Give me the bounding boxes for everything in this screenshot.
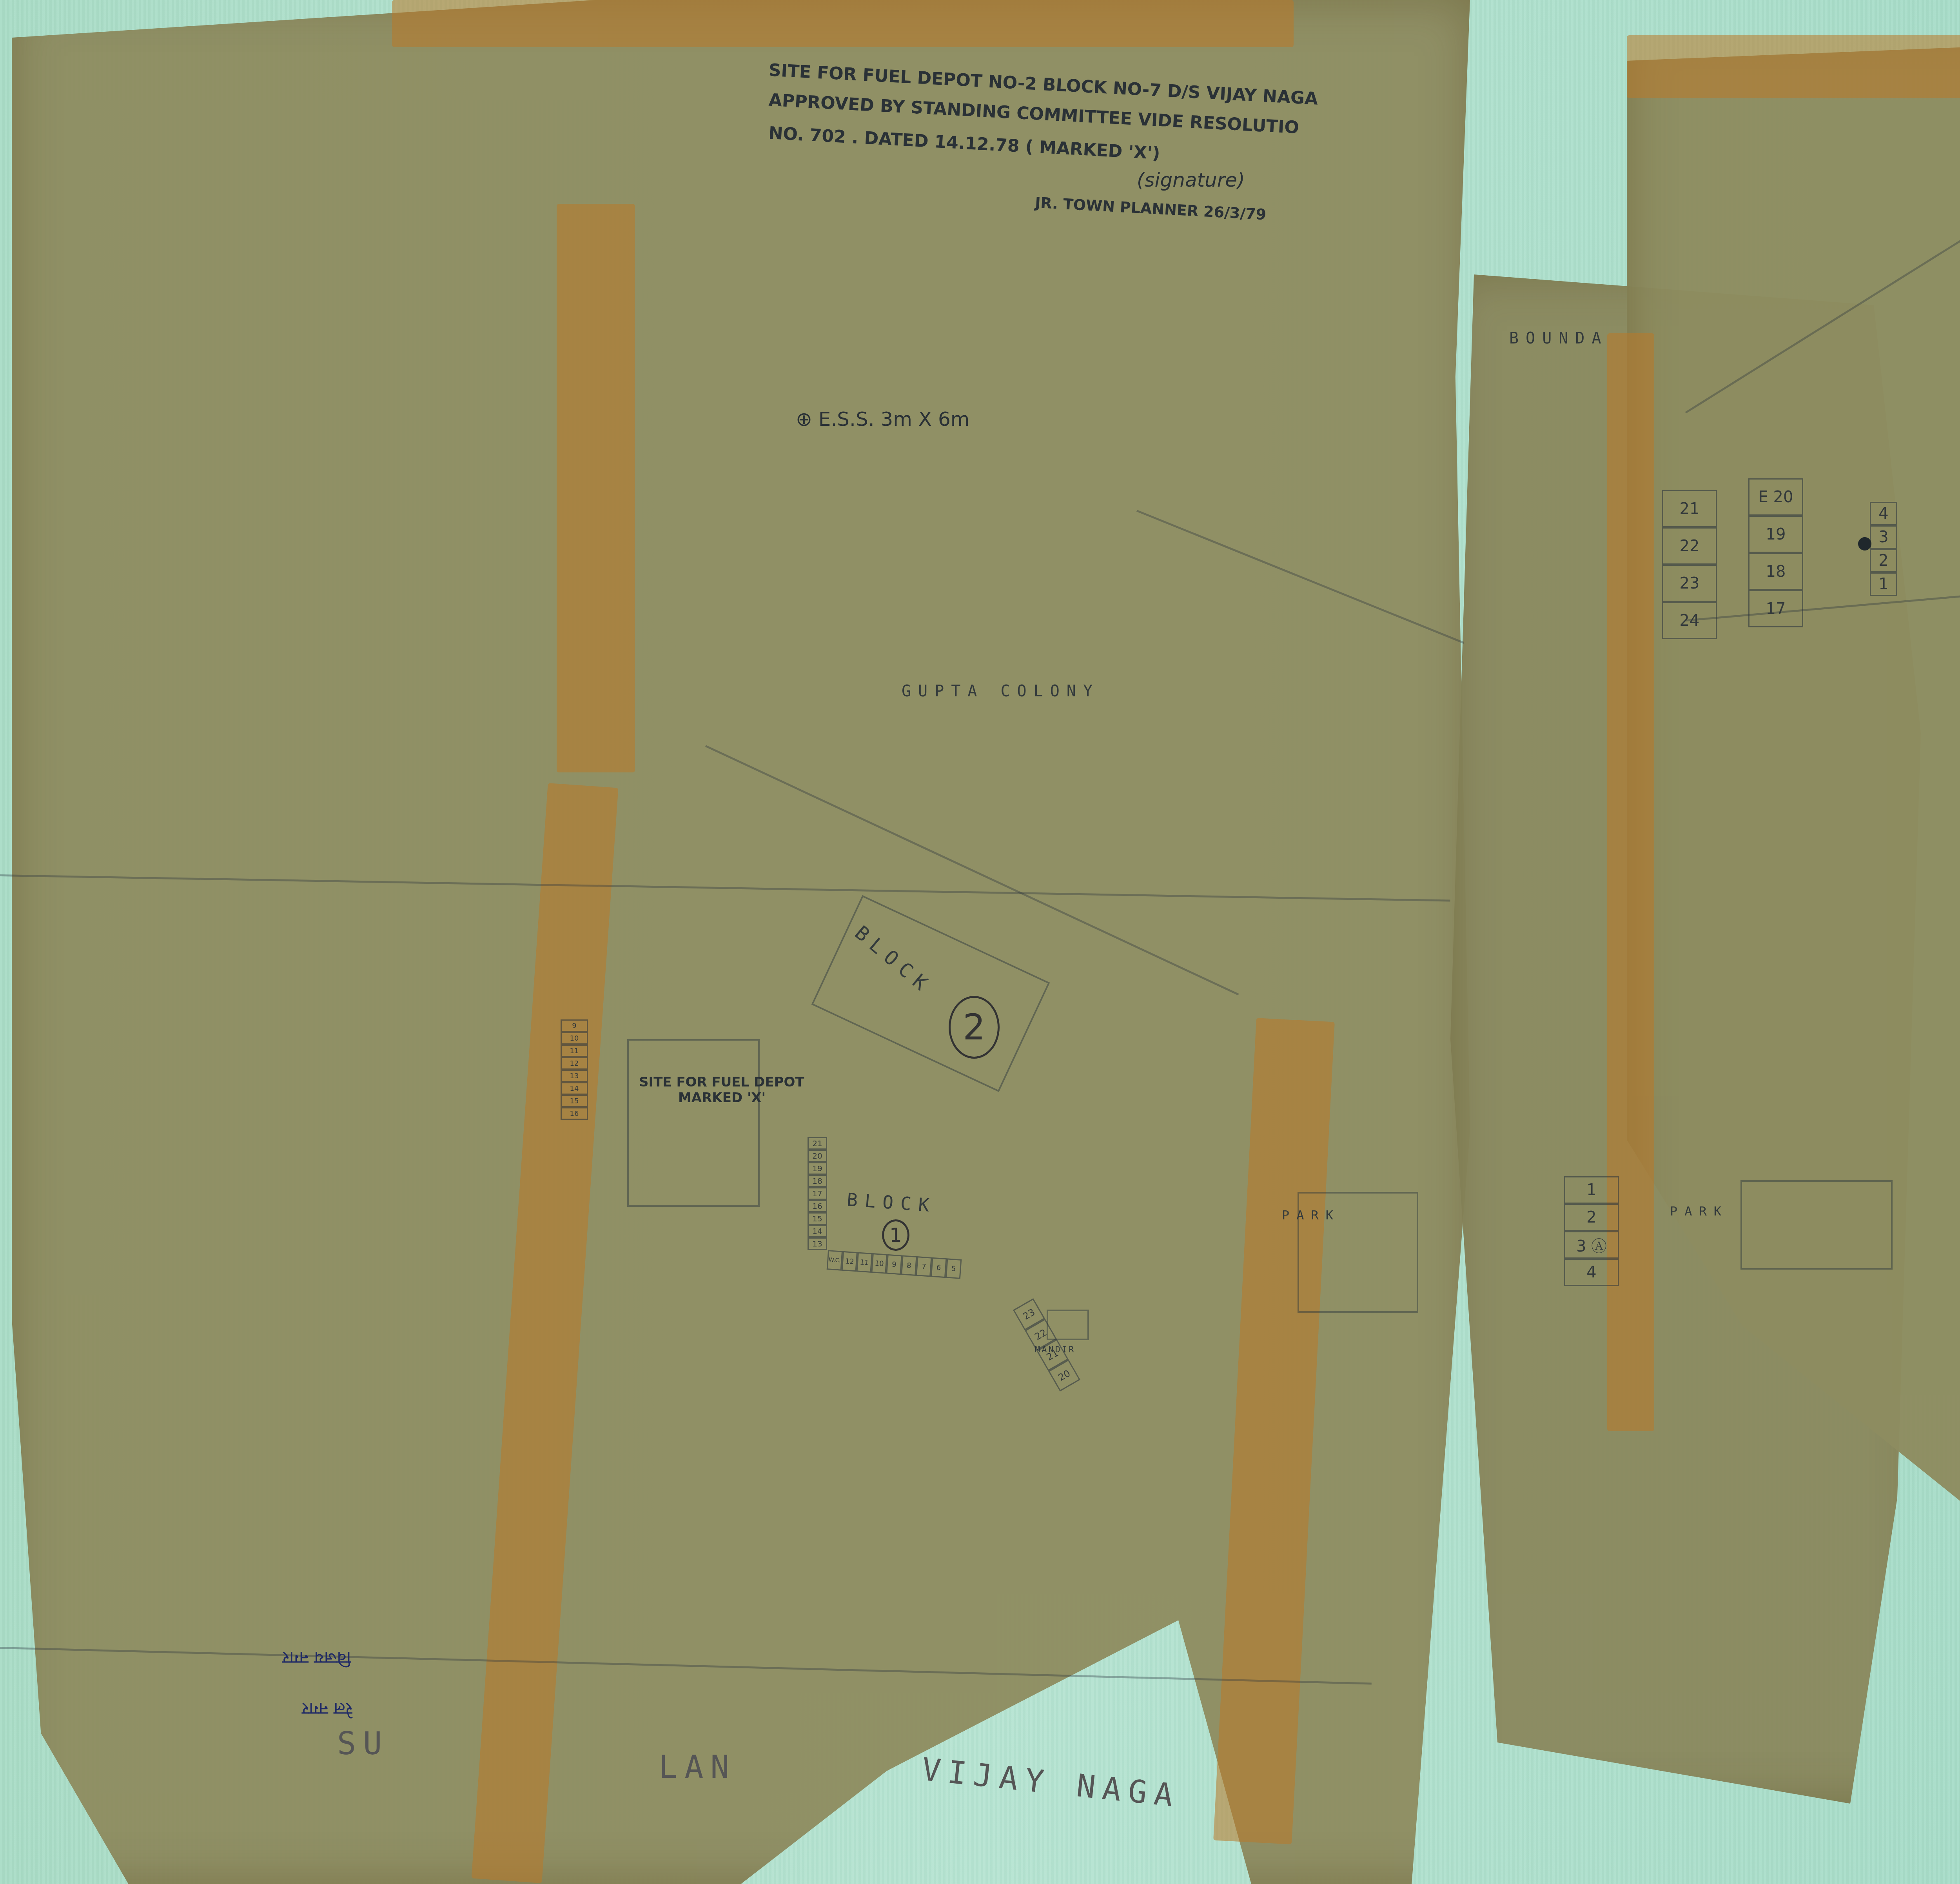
plot: W.C. xyxy=(827,1250,843,1271)
plot: 17 xyxy=(808,1187,827,1200)
plot: 1 xyxy=(1870,572,1897,596)
plot: 15 xyxy=(561,1095,588,1107)
plot: 6 xyxy=(931,1257,947,1278)
plot-group-park-left: 1 2 3 Ⓐ 4 xyxy=(1564,1176,1619,1286)
ink-dot xyxy=(1858,537,1871,550)
plot: 5 xyxy=(946,1258,962,1279)
plot: 24 xyxy=(1662,602,1717,639)
plot: 4 xyxy=(1564,1259,1619,1286)
plot: 15 xyxy=(808,1212,827,1225)
plot: 20 xyxy=(808,1150,827,1162)
label-park-2: PARK xyxy=(1670,1204,1728,1219)
plot: 19 xyxy=(1748,516,1803,553)
plot: 9 xyxy=(886,1254,902,1275)
plot: 16 xyxy=(808,1200,827,1212)
plot: 10 xyxy=(871,1253,887,1274)
plot: 1 xyxy=(1564,1176,1619,1204)
plot: 14 xyxy=(808,1225,827,1237)
fuel-depot-site-outline xyxy=(627,1039,760,1207)
block-1-number: 1 xyxy=(882,1219,909,1251)
plot: 12 xyxy=(842,1251,858,1272)
plot: 19 xyxy=(808,1162,827,1175)
plot: 13 xyxy=(808,1237,827,1250)
plot-group-fuel-side: 9 10 11 12 13 14 15 16 xyxy=(561,1019,588,1120)
plot: 22 xyxy=(1662,527,1717,565)
plot: 10 xyxy=(561,1032,588,1045)
park-outline xyxy=(1740,1180,1893,1270)
plot: 16 xyxy=(561,1107,588,1120)
label-bottom-plan: LAN xyxy=(659,1749,737,1785)
label-boundary: BOUNDA xyxy=(1509,329,1608,347)
park-outline xyxy=(1298,1192,1418,1313)
plot-group-block1-left: 21 20 19 18 17 16 15 14 13 xyxy=(808,1137,827,1250)
plot: 23 xyxy=(1662,565,1717,602)
tape-repair xyxy=(1627,35,1960,98)
plot: 3 Ⓐ xyxy=(1564,1231,1619,1259)
plot: 3 xyxy=(1870,525,1897,549)
plot: 9 xyxy=(561,1019,588,1032)
plot-group-1-4: 4 3 2 1 xyxy=(1870,502,1897,596)
plot-group-21-24: 21 22 23 24 xyxy=(1662,490,1717,639)
plot: 21 xyxy=(808,1137,827,1150)
signature: (signature) xyxy=(1137,169,1245,191)
tape-repair xyxy=(557,204,635,772)
plot: 17 xyxy=(1748,590,1803,627)
plot: 11 xyxy=(856,1252,872,1273)
plot: 18 xyxy=(1748,553,1803,590)
plot: 4 xyxy=(1870,502,1897,525)
plot: E 20 xyxy=(1748,478,1803,516)
plot-group-e: E 20 19 18 17 xyxy=(1748,478,1803,627)
plot: 18 xyxy=(808,1175,827,1187)
handwritten-note-1: विजय नगर xyxy=(282,1647,351,1670)
mandir-outline xyxy=(1047,1310,1089,1340)
ess-note: ⊕ E.S.S. 3m X 6m xyxy=(796,408,970,431)
plot: 21 xyxy=(1662,490,1717,527)
plot: 7 xyxy=(916,1256,932,1277)
plot: 11 xyxy=(561,1045,588,1057)
plot: 2 xyxy=(1870,549,1897,572)
plot: 14 xyxy=(561,1082,588,1095)
plot: 13 xyxy=(561,1070,588,1082)
label-gupta-colony: GUPTA COLONY xyxy=(902,682,1100,700)
label-bottom-left: SU xyxy=(337,1725,389,1762)
plot: 12 xyxy=(561,1057,588,1070)
handwritten-note-2: रेल नगर xyxy=(302,1698,352,1721)
plot: 2 xyxy=(1564,1204,1619,1231)
plot: 8 xyxy=(901,1255,917,1276)
tape-repair xyxy=(392,0,1294,47)
